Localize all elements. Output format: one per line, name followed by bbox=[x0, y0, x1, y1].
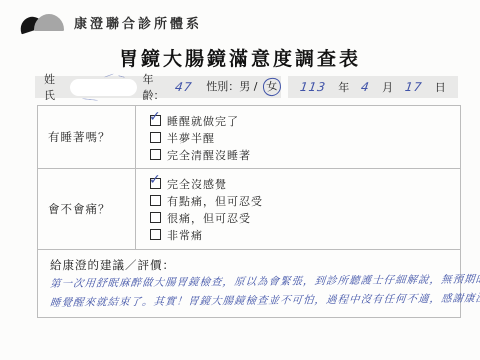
checkbox-icon[interactable] bbox=[150, 178, 161, 189]
checkbox-icon[interactable] bbox=[150, 115, 161, 126]
logo-dome-gray-icon bbox=[34, 14, 64, 31]
question-row-sleep: 有睡著嗎？ 睡醒就做完了 半夢半醒 完全清醒沒睡著 bbox=[38, 106, 460, 169]
checkbox-icon[interactable] bbox=[150, 229, 161, 240]
option-label: 很痛，但可忍受 bbox=[167, 212, 251, 225]
checkbox-icon[interactable] bbox=[150, 132, 161, 143]
question-row-pain: 會不會痛？ 完全沒感覺 有點痛，但可忍受 很痛，但可忍受 非常痛 bbox=[38, 169, 460, 250]
option-label: 有點痛，但可忍受 bbox=[167, 195, 263, 208]
option-label: 半夢半醒 bbox=[167, 132, 215, 145]
checkbox-icon[interactable] bbox=[150, 195, 161, 206]
option-item: 完全清醒沒睡著 bbox=[150, 147, 460, 164]
option-item: 半夢半醒 bbox=[150, 130, 460, 147]
option-item: 很痛，但可忍受 bbox=[150, 210, 460, 227]
date-day-label: 日 bbox=[435, 79, 446, 95]
date-year-value: 113 bbox=[299, 80, 327, 94]
patient-info-band: 姓氏 年齡： 47 性別：男 / 女 bbox=[35, 76, 281, 98]
survey-table: 有睡著嗎？ 睡醒就做完了 半夢半醒 完全清醒沒睡著 會不會痛？ 完全沒感覺 bbox=[37, 105, 461, 318]
age-label: 年齡： bbox=[143, 71, 175, 103]
gender-option-male: 男 bbox=[239, 80, 250, 93]
date-month-value: 4 bbox=[360, 80, 371, 94]
option-item: 有點痛，但可忍受 bbox=[150, 193, 460, 210]
option-label: 睡醒就做完了 bbox=[167, 115, 239, 128]
date-band: 113 年 4 月 17 日 bbox=[288, 76, 458, 98]
name-redaction bbox=[70, 79, 137, 96]
scanned-survey-form: 康澄聯合診所體系 胃鏡大腸鏡滿意度調查表 姓氏 年齡： 47 性別：男 / 女 … bbox=[0, 0, 480, 360]
option-label: 完全清醒沒睡著 bbox=[167, 149, 251, 162]
pen-stroke bbox=[118, 75, 125, 78]
option-label: 完全沒感覺 bbox=[167, 178, 227, 191]
gender-group: 性別：男 / 女 bbox=[206, 78, 281, 96]
gender-label: 性別： bbox=[206, 80, 239, 93]
form-title: 胃鏡大腸鏡滿意度調查表 bbox=[0, 44, 480, 71]
comments-section: 給康澄的建議／評價： 第一次用舒眠麻醉做大腸胃鏡檢查，原以為會緊張，到診所聽護士… bbox=[38, 250, 460, 317]
gender-option-female: 女 bbox=[266, 79, 279, 93]
clinic-name: 康澄聯合診所體系 bbox=[74, 13, 202, 32]
surname-label: 姓氏 bbox=[44, 71, 66, 103]
question-label: 有睡著嗎？ bbox=[38, 106, 136, 168]
checkbox-icon[interactable] bbox=[150, 212, 161, 223]
comments-label: 給康澄的建議／評價： bbox=[50, 257, 452, 273]
question-label: 會不會痛？ bbox=[38, 169, 136, 249]
handwritten-comment-line: 睡覺醒來就結束了。其實！胃鏡大腸鏡檢查並不可怕，過程中沒有任何不適，感謝康澄貼心… bbox=[49, 291, 452, 311]
gender-selection-circle: 女 bbox=[262, 77, 282, 97]
pen-stroke bbox=[104, 73, 114, 77]
date-year-label: 年 bbox=[338, 79, 349, 95]
handwritten-comment-line: 第一次用舒眠麻醉做大腸胃鏡檢查，原以為會緊張，到診所聽護士仔細解說，無預期的是 bbox=[49, 272, 452, 292]
option-label: 非常痛 bbox=[167, 229, 203, 242]
checkbox-icon[interactable] bbox=[150, 149, 161, 160]
pen-stroke bbox=[82, 98, 98, 101]
date-day-value: 17 bbox=[404, 80, 423, 94]
gender-separator: / bbox=[254, 80, 258, 93]
clinic-logo bbox=[18, 8, 70, 36]
age-value: 47 bbox=[174, 80, 193, 94]
option-item: 睡醒就做完了 bbox=[150, 113, 460, 130]
question-options: 睡醒就做完了 半夢半醒 完全清醒沒睡著 bbox=[136, 106, 460, 168]
date-month-label: 月 bbox=[382, 79, 393, 95]
option-item: 完全沒感覺 bbox=[150, 176, 460, 193]
option-item: 非常痛 bbox=[150, 227, 460, 244]
question-options: 完全沒感覺 有點痛，但可忍受 很痛，但可忍受 非常痛 bbox=[136, 169, 460, 249]
